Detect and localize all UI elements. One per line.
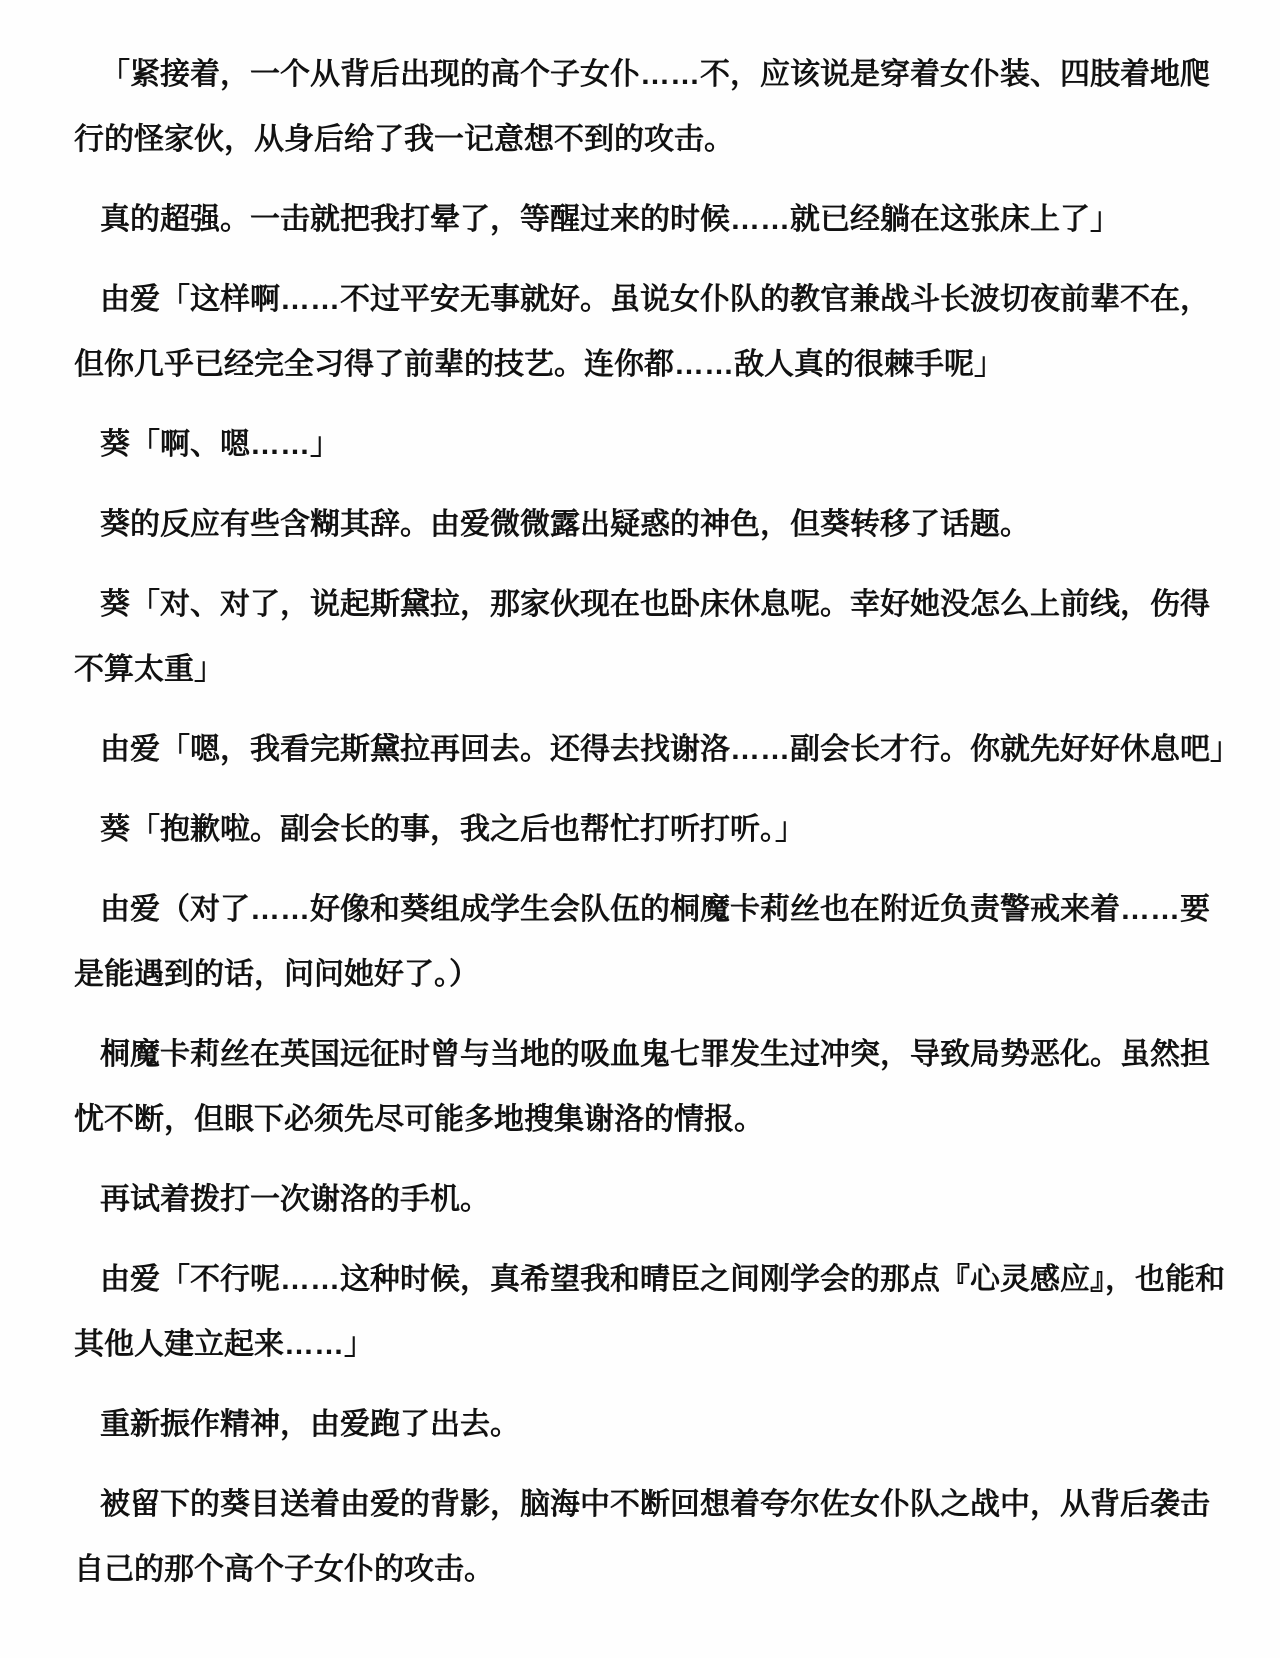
paragraph: 真的超强。一击就把我打晕了，等醒过来的时候……就已经躺在这张床上了」 — [74, 187, 1238, 252]
paragraph: 由爱「这样啊……不过平安无事就好。虽说女仆队的教官兼战斗长波切夜前辈不在，但你几… — [74, 267, 1238, 397]
paragraph: 葵「抱歉啦。副会长的事，我之后也帮忙打听打听。」 — [74, 797, 1238, 862]
novel-page: 「紧接着，一个从背后出现的高个子女仆……不，应该说是穿着女仆装、四肢着地爬行的怪… — [0, 0, 1280, 1658]
paragraph: 桐魔卡莉丝在英国远征时曾与当地的吸血鬼七罪发生过冲突，导致局势恶化。虽然担忧不断… — [74, 1022, 1238, 1152]
paragraph: 被留下的葵目送着由爱的背影，脑海中不断回想着夸尔佐女仆队之战中，从背后袭击自己的… — [74, 1472, 1238, 1602]
paragraph: 由爱（对了……好像和葵组成学生会队伍的桐魔卡莉丝也在附近负责警戒来着……要是能遇… — [74, 877, 1238, 1007]
paragraph: 葵「对、对了，说起斯黛拉，那家伙现在也卧床休息呢。幸好她没怎么上前线，伤得不算太… — [74, 572, 1238, 702]
paragraph: 「紧接着，一个从背后出现的高个子女仆……不，应该说是穿着女仆装、四肢着地爬行的怪… — [74, 42, 1238, 172]
paragraph: 由爱「不行呢……这种时候，真希望我和晴臣之间刚学会的那点『心灵感应』，也能和其他… — [74, 1247, 1238, 1377]
paragraph: 葵「啊、嗯……」 — [74, 412, 1238, 477]
paragraph: 再试着拨打一次谢洛的手机。 — [74, 1167, 1238, 1232]
paragraph: 葵的反应有些含糊其辞。由爱微微露出疑惑的神色，但葵转移了话题。 — [74, 492, 1238, 557]
paragraph: 由爱「嗯，我看完斯黛拉再回去。还得去找谢洛……副会长才行。你就先好好休息吧」 — [74, 717, 1238, 782]
paragraph: 重新振作精神，由爱跑了出去。 — [74, 1392, 1238, 1457]
